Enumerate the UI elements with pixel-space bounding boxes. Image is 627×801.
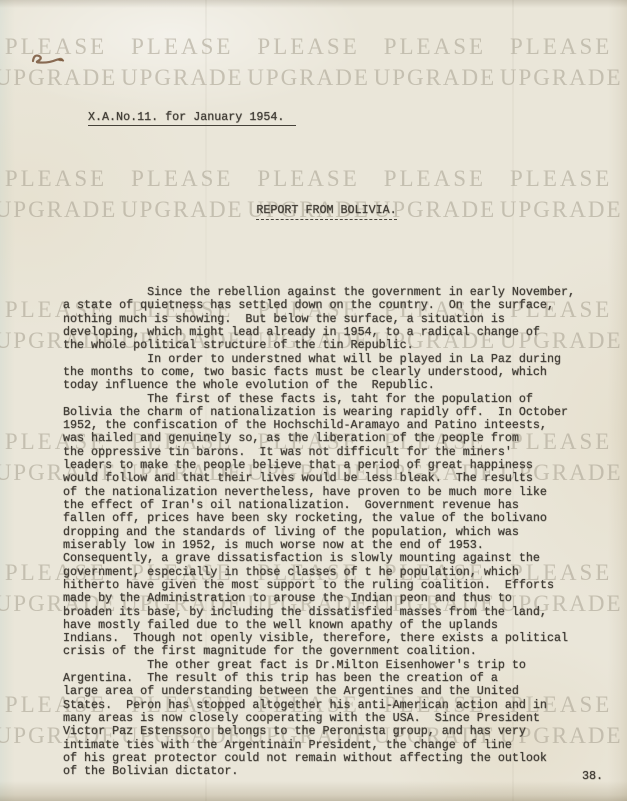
document-body: Since the rebellion against the governme… — [63, 286, 603, 779]
text-line: government, especially in those classes … — [63, 566, 603, 579]
paragraph: The other great fact is Dr.Milton Eisenh… — [63, 659, 603, 779]
scanned-document-page: { "document": { "ref_line": "X.A.No.11. … — [0, 0, 627, 801]
text-line: In order to understned what will be play… — [63, 353, 603, 366]
text-line: Consequently, a grave dissatisfaction is… — [63, 552, 603, 565]
text-line: broaden its base, by including the dissa… — [63, 606, 603, 619]
text-line: was hailed and genuinely so, as the libe… — [63, 432, 603, 445]
text-line: miserably low in 1952, is much worse now… — [63, 539, 603, 552]
paragraph: In order to understned what will be play… — [63, 353, 603, 393]
text-line: of the Bolivian dictator. — [63, 765, 603, 778]
text-line: Victor Paz Estenssoro belongs to the Per… — [63, 725, 603, 738]
text-line: hitherto have given the most support to … — [63, 579, 603, 592]
text-line: nothing much is showing. But below the s… — [63, 313, 603, 326]
paragraph: Since the rebellion against the governme… — [63, 286, 603, 353]
text-line: developing, which might lead already in … — [63, 326, 603, 339]
text-line: Indians. Though not openly visible, ther… — [63, 632, 603, 645]
text-line: Argentina. The result of this trip has b… — [63, 672, 603, 685]
text-line: the oppressive tin barons. It was not di… — [63, 446, 603, 459]
text-line: 1952, the confiscation of the Hochschild… — [63, 419, 603, 432]
document-reference-line: X.A.No.11. for January 1954. — [88, 110, 296, 126]
text-line: leaders to make the people believe that … — [63, 459, 603, 472]
paragraph: The first of these facts is, taht for th… — [63, 393, 603, 659]
text-line: The first of these facts is, taht for th… — [63, 393, 603, 406]
text-line: crisis of the first magnitude for the go… — [63, 645, 603, 658]
text-line: large area of understanding between the … — [63, 685, 603, 698]
document-title-wrap: REPORT FROM BOLIVIA. — [63, 200, 590, 220]
page-number: 38. — [582, 769, 603, 783]
text-line: made by the Administration to arouse the… — [63, 592, 603, 605]
text-line: Since the rebellion against the governme… — [63, 286, 603, 299]
text-line: States. Peron has stopped altogether his… — [63, 699, 603, 712]
text-line: intimate ties with the Argentinain Presi… — [63, 739, 603, 752]
document-title: REPORT FROM BOLIVIA. — [256, 203, 396, 220]
text-line: The other great fact is Dr.Milton Eisenh… — [63, 659, 603, 672]
text-line: many areas is now closely cooperating wi… — [63, 712, 603, 725]
text-line: Bolivia the charm of nationalization is … — [63, 406, 603, 419]
text-line: fallen off, prices have been sky rocketi… — [63, 512, 603, 525]
text-line: dropping and the standards of living of … — [63, 526, 603, 539]
text-line: a state of quietness has settled down on… — [63, 299, 603, 312]
text-line: the months to come, two basic facts must… — [63, 366, 603, 379]
text-line: of the nationalization nevertheless, hav… — [63, 486, 603, 499]
ink-smudge-mark — [30, 51, 66, 72]
text-line: today influence the whole evolution of t… — [63, 379, 603, 392]
text-line: the effect of Iran's oil nationalization… — [63, 499, 603, 512]
text-line: would follow and that their lives would … — [63, 472, 603, 485]
text-line: of his great protector could not remain … — [63, 752, 603, 765]
typed-content-layer: X.A.No.11. for January 1954. REPORT FROM… — [0, 0, 627, 801]
text-line: have mostly failed due to the well known… — [63, 619, 603, 632]
text-line: the whole political structure of the tin… — [63, 339, 603, 352]
